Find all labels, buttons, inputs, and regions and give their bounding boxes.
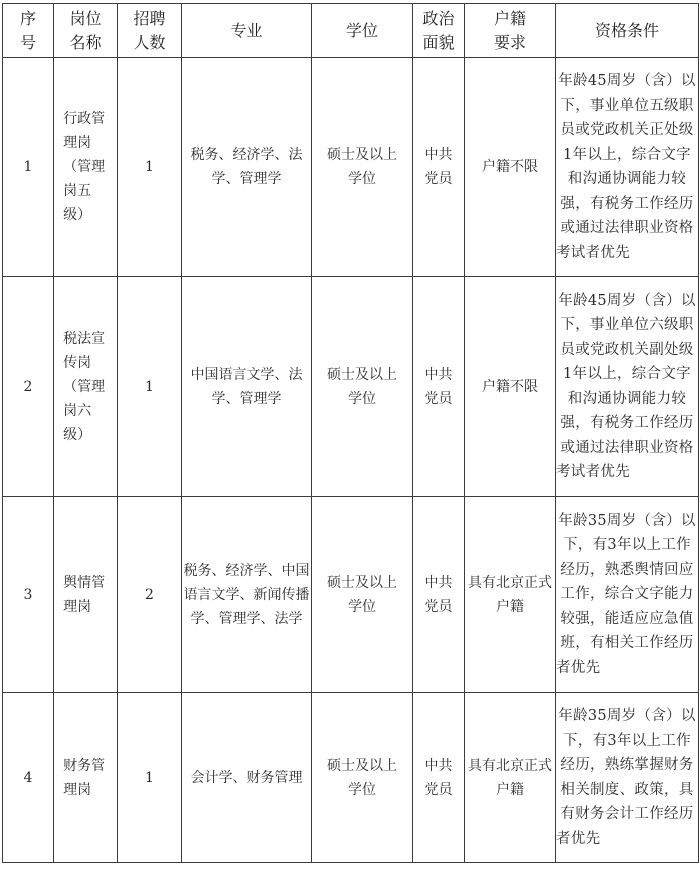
cell-politics: 中共党员 — [413, 277, 465, 497]
cell-index: 2 — [3, 277, 54, 497]
cell-major: 税务、经济学、中国语言文学、新闻传播学、管理学、法学 — [182, 497, 312, 693]
cell-major: 税务、经济学、法学、管理学 — [182, 58, 312, 277]
cell-hukou: 具有北京正式户籍 — [465, 693, 556, 863]
table-row: 2 税法宣传岗（管理岗六级） 1 中国语言文学、法学、管理学 硕士及以上学位 中… — [3, 277, 699, 497]
cell-degree: 硕士及以上学位 — [312, 277, 413, 497]
header-politics: 政治面貌 — [413, 4, 465, 58]
cell-degree: 硕士及以上学位 — [312, 58, 413, 277]
cell-count: 1 — [118, 277, 182, 497]
cell-position: 行政管理岗（管理岗五级） — [54, 58, 118, 277]
cell-politics: 中共党员 — [413, 497, 465, 693]
cell-count: 2 — [118, 497, 182, 693]
header-hukou: 户籍要求 — [465, 4, 556, 58]
job-listing-table: 序号 岗位名称 招聘人数 专业 学位 政治面貌 户籍要求 资格条件 1 行政管理… — [2, 3, 699, 863]
cell-politics: 中共党员 — [413, 58, 465, 277]
cell-qualifications: 年龄35周岁（含）以下，有3年以上工作经历，熟练掌握财务相关制度、政策，具有财务… — [556, 693, 699, 863]
table-row: 3 舆情管理岗 2 税务、经济学、中国语言文学、新闻传播学、管理学、法学 硕士及… — [3, 497, 699, 693]
header-row: 序号 岗位名称 招聘人数 专业 学位 政治面貌 户籍要求 资格条件 — [3, 4, 699, 58]
table-row: 1 行政管理岗（管理岗五级） 1 税务、经济学、法学、管理学 硕士及以上学位 中… — [3, 58, 699, 277]
cell-position: 财务管理岗 — [54, 693, 118, 863]
cell-position: 税法宣传岗（管理岗六级） — [54, 277, 118, 497]
header-index: 序号 — [3, 4, 54, 58]
table-row: 4 财务管理岗 1 会计学、财务管理 硕士及以上学位 中共党员 具有北京正式户籍… — [3, 693, 699, 863]
cell-count: 1 — [118, 58, 182, 277]
cell-politics: 中共党员 — [413, 693, 465, 863]
cell-hukou: 户籍不限 — [465, 277, 556, 497]
cell-index: 1 — [3, 58, 54, 277]
cell-hukou: 户籍不限 — [465, 58, 556, 277]
cell-position: 舆情管理岗 — [54, 497, 118, 693]
cell-qualifications: 年龄45周岁（含）以下，事业单位五级职员或党政机关正处级1年以上，综合文字和沟通… — [556, 58, 699, 277]
cell-hukou: 具有北京正式户籍 — [465, 497, 556, 693]
header-count: 招聘人数 — [118, 4, 182, 58]
cell-major: 中国语言文学、法学、管理学 — [182, 277, 312, 497]
cell-index: 3 — [3, 497, 54, 693]
cell-qualifications: 年龄35周岁（含）以下，有3年以上工作经历，熟悉舆情回应工作，综合文字能力较强，… — [556, 497, 699, 693]
cell-degree: 硕士及以上学位 — [312, 693, 413, 863]
header-position: 岗位名称 — [54, 4, 118, 58]
header-degree: 学位 — [312, 4, 413, 58]
cell-major: 会计学、财务管理 — [182, 693, 312, 863]
cell-index: 4 — [3, 693, 54, 863]
cell-degree: 硕士及以上学位 — [312, 497, 413, 693]
cell-count: 1 — [118, 693, 182, 863]
cell-qualifications: 年龄45周岁（含）以下，事业单位六级职员或党政机关副处级1年以上，综合文字和沟通… — [556, 277, 699, 497]
header-major: 专业 — [182, 4, 312, 58]
header-qualifications: 资格条件 — [556, 4, 699, 58]
